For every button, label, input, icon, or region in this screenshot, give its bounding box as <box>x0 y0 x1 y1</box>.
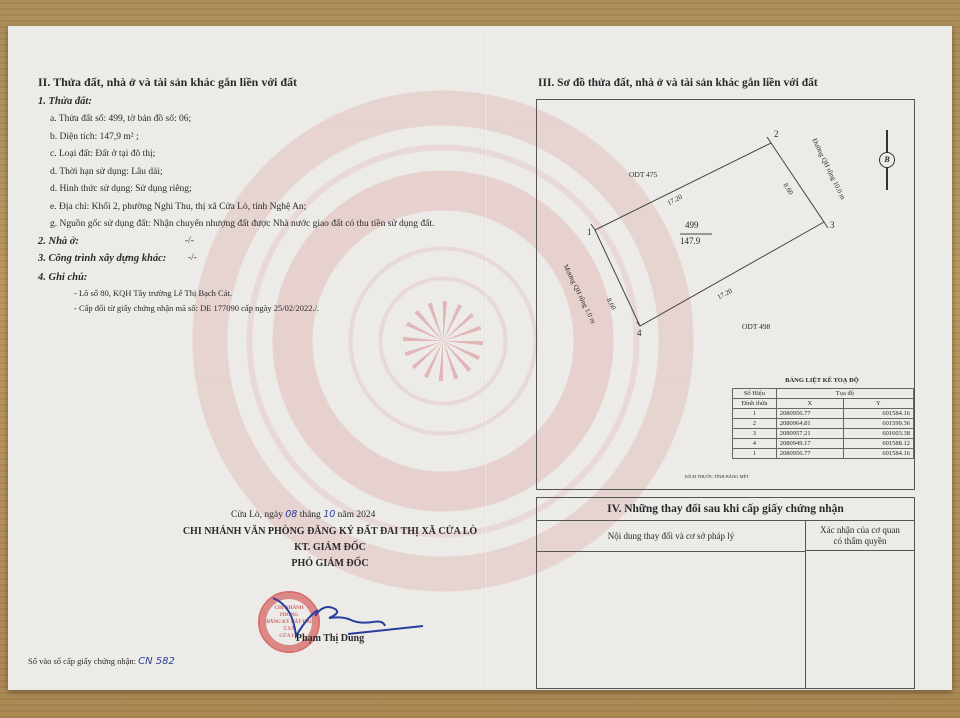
changes-title: IV. Những thay đổi sau khi cấp giấy chứn… <box>537 498 914 521</box>
vertex-4: 4 <box>637 328 642 338</box>
neighbor-south: ODT 498 <box>742 322 770 331</box>
issue-date-line: Cửa Lò, ngày 08 tháng 10 năm 2024 <box>231 509 375 520</box>
coordinate-table: Số Hiệu Tọa độ Đỉnh thửa X Y 12080956.77… <box>732 388 914 459</box>
north-compass-icon: B <box>875 130 899 190</box>
vertex-2: 2 <box>774 129 779 139</box>
parcel-item: d. Hình thức sử dụng: Sử dụng riêng; <box>50 184 192 194</box>
table-row: 12080956.77601584.16 <box>733 449 914 459</box>
registry-number: CN 582 <box>138 656 175 667</box>
confirm-header-line: Xác nhận của cơ quan <box>806 525 914 536</box>
coord-cell-y: 601588.12 <box>843 439 913 449</box>
parcel-number: 499 <box>685 220 699 230</box>
coord-cell-y: 601584.16 <box>843 449 913 459</box>
coord-cell-point: 4 <box>733 439 777 449</box>
coord-cell-point: 3 <box>733 429 777 439</box>
parcel-item: e. Địa chỉ: Khối 2, phường Nghi Thu, thị… <box>50 202 306 212</box>
neighbor-north: ODT 475 <box>629 170 657 179</box>
house-label: 2. Nhà ở: <box>38 236 79 247</box>
coord-cell-point: 1 <box>733 449 777 459</box>
parcel-item: g. Nguồn gốc sử dụng đất: Nhận chuyển nh… <box>50 219 434 229</box>
parcel-item: d. Thời hạn sử dụng: Lâu dài; <box>50 167 163 177</box>
column-divider <box>805 552 806 688</box>
vertex-1: 1 <box>587 227 592 237</box>
coord-cell-y: 601599.36 <box>843 419 913 429</box>
parcel-diagram-box: 1 2 3 4 499 147.9 ODT 475 ODT 498 17.20 … <box>536 99 915 490</box>
date-month: 10 <box>323 509 335 520</box>
coord-cell-y: 601603.38 <box>843 429 913 439</box>
date-prefix: Cửa Lò, ngày <box>231 510 283 520</box>
date-day: 08 <box>285 509 297 520</box>
table-row: 12080956.77601584.16 <box>733 409 914 419</box>
scale-note: KÍCH THƯỚC TÍNH BẰNG MÉT <box>685 474 749 479</box>
compass-label: B <box>879 152 895 168</box>
changes-content-header: Nội dung thay đổi và cơ sở pháp lý <box>537 521 806 552</box>
confirm-header-line: có thẩm quyền <box>806 536 914 547</box>
other-construction-value: -/- <box>188 253 197 263</box>
parcel-item: a. Thửa đất số: 499, tờ bản đồ số: 06; <box>50 114 191 124</box>
coord-cell-x: 2080949.17 <box>776 439 843 449</box>
coord-cell-point: 2 <box>733 419 777 429</box>
signer-name: Phạm Thị Dung <box>150 633 510 644</box>
col-coord-header: Tọa độ <box>776 389 913 399</box>
date-year: năm 2024 <box>338 510 376 520</box>
deputy-director-title: PHÓ GIÁM ĐỐC <box>150 558 510 569</box>
note-item: - Cấp đổi từ giấy chứng nhận mã số: DE 1… <box>74 303 319 313</box>
date-month-word: tháng <box>300 510 321 520</box>
col-y-header: Y <box>843 399 913 409</box>
note-item: - Lô số 80, KQH Tây trường Lê Thị Bạch C… <box>74 288 232 298</box>
land-certificate-document: II. Thửa đất, nhà ở và tài sản khác gắn … <box>8 26 952 690</box>
coord-cell-x: 2080957.21 <box>776 429 843 439</box>
coord-cell-x: 2080956.77 <box>776 449 843 459</box>
changes-confirm-header: Xác nhận của cơ quan có thẩm quyền <box>806 521 914 551</box>
coord-cell-x: 2080964.81 <box>776 419 843 429</box>
house-value: -/- <box>185 236 194 246</box>
coord-cell-point: 1 <box>733 409 777 419</box>
table-row: 22080964.81601599.36 <box>733 419 914 429</box>
kt-director-title: KT. GIÁM ĐỐC <box>150 542 510 553</box>
notes-heading: 4. Ghi chú: <box>38 272 87 283</box>
table-row: 32080957.21601603.38 <box>733 429 914 439</box>
vertex-3: 3 <box>830 220 835 230</box>
parcel-item: c. Loại đất: Đất ở tại đô thị; <box>50 149 155 159</box>
page-fold <box>484 26 486 690</box>
coord-table-title: BẢNG LIỆT KÊ TOẠ ĐỘ <box>732 377 912 384</box>
col-point-header: Số Hiệu <box>733 389 777 399</box>
parcel-sketch <box>537 100 914 370</box>
section-ii-title: II. Thửa đất, nhà ở và tài sản khác gắn … <box>38 75 297 90</box>
coord-cell-y: 601584.16 <box>843 409 913 419</box>
registry-line: Số vào sổ cấp giấy chứng nhận: CN 582 <box>28 656 175 667</box>
coord-cell-x: 2080956.77 <box>776 409 843 419</box>
issuing-office: CHI NHÁNH VĂN PHÒNG ĐĂNG KÝ ĐẤT ĐAI THỊ … <box>150 526 510 537</box>
parcel-area: 147.9 <box>680 236 700 246</box>
col-point-header-2: Đỉnh thửa <box>733 399 777 409</box>
section-iii-title: III. Sơ đồ thửa đất, nhà ở và tài sản kh… <box>538 77 818 89</box>
parcel-heading: 1. Thửa đất: <box>38 96 92 107</box>
col-x-header: X <box>776 399 843 409</box>
watermark-star <box>403 301 483 381</box>
other-construction-label: 3. Công trình xây dựng khác: <box>38 253 166 264</box>
registry-label: Số vào sổ cấp giấy chứng nhận: <box>28 656 136 666</box>
parcel-item: b. Diện tích: 147,9 m² ; <box>50 132 139 142</box>
table-row: 42080949.17601588.12 <box>733 439 914 449</box>
changes-section: IV. Những thay đổi sau khi cấp giấy chứn… <box>536 497 915 689</box>
